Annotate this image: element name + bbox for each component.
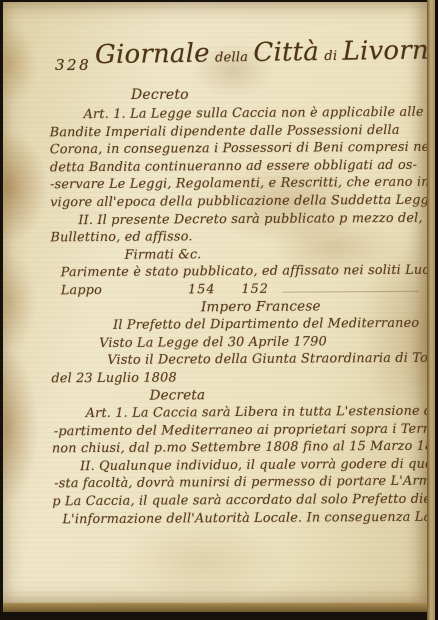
registry-number-2: 152 bbox=[241, 281, 269, 299]
title-word: della bbox=[215, 50, 248, 65]
page-title: Giornale della Città di Livorno bbox=[95, 36, 407, 70]
manuscript-line: Parimente è stato pubblicato, ed affissa… bbox=[51, 262, 423, 282]
book-scan-frame: 328 Giornale della Città di Livorno Decr… bbox=[0, 0, 438, 620]
manuscript-text-block: Art. 1. La Legge sulla Caccia non è appl… bbox=[50, 104, 425, 529]
manuscript-line: vigore all'epoca della pubblicazione del… bbox=[50, 192, 422, 212]
manuscript-line: Corona, in conseguenza i Possessori di B… bbox=[50, 139, 422, 159]
manuscript-line: p La Caccia, il quale sarà accordato dal… bbox=[52, 491, 424, 511]
title-word: Livorno bbox=[342, 35, 438, 66]
manuscript-line: L'informazione dell'Autorità Locale. In … bbox=[52, 508, 424, 528]
page-edges-bottom bbox=[3, 603, 427, 612]
page-edges-right bbox=[427, 0, 438, 620]
manuscript-page: 328 Giornale della Città di Livorno Decr… bbox=[3, 2, 427, 603]
title-word: Giornale bbox=[95, 39, 210, 71]
pen-stroke bbox=[283, 290, 419, 293]
manuscript-line: Art. 1. La Legge sulla Caccia non è appl… bbox=[50, 104, 422, 124]
manuscript-line: Art. 1. La Caccia sarà Libera in tutta L… bbox=[52, 403, 424, 423]
manuscript-line: II. Il presente Decreto sarà pubblicato … bbox=[50, 209, 422, 229]
signature: Lappo bbox=[61, 282, 102, 300]
decree-1-heading: Decreto bbox=[131, 87, 189, 103]
registry-number-1: 154 bbox=[188, 281, 216, 299]
title-word: di bbox=[324, 49, 337, 64]
manuscript-line: Visto il Decreto della Giunta Straordina… bbox=[51, 350, 423, 370]
title-word: Città bbox=[253, 37, 319, 68]
manuscript-line: Il Prefetto del Dipartimento del Mediter… bbox=[51, 315, 423, 335]
page-number: 328 bbox=[55, 56, 91, 74]
